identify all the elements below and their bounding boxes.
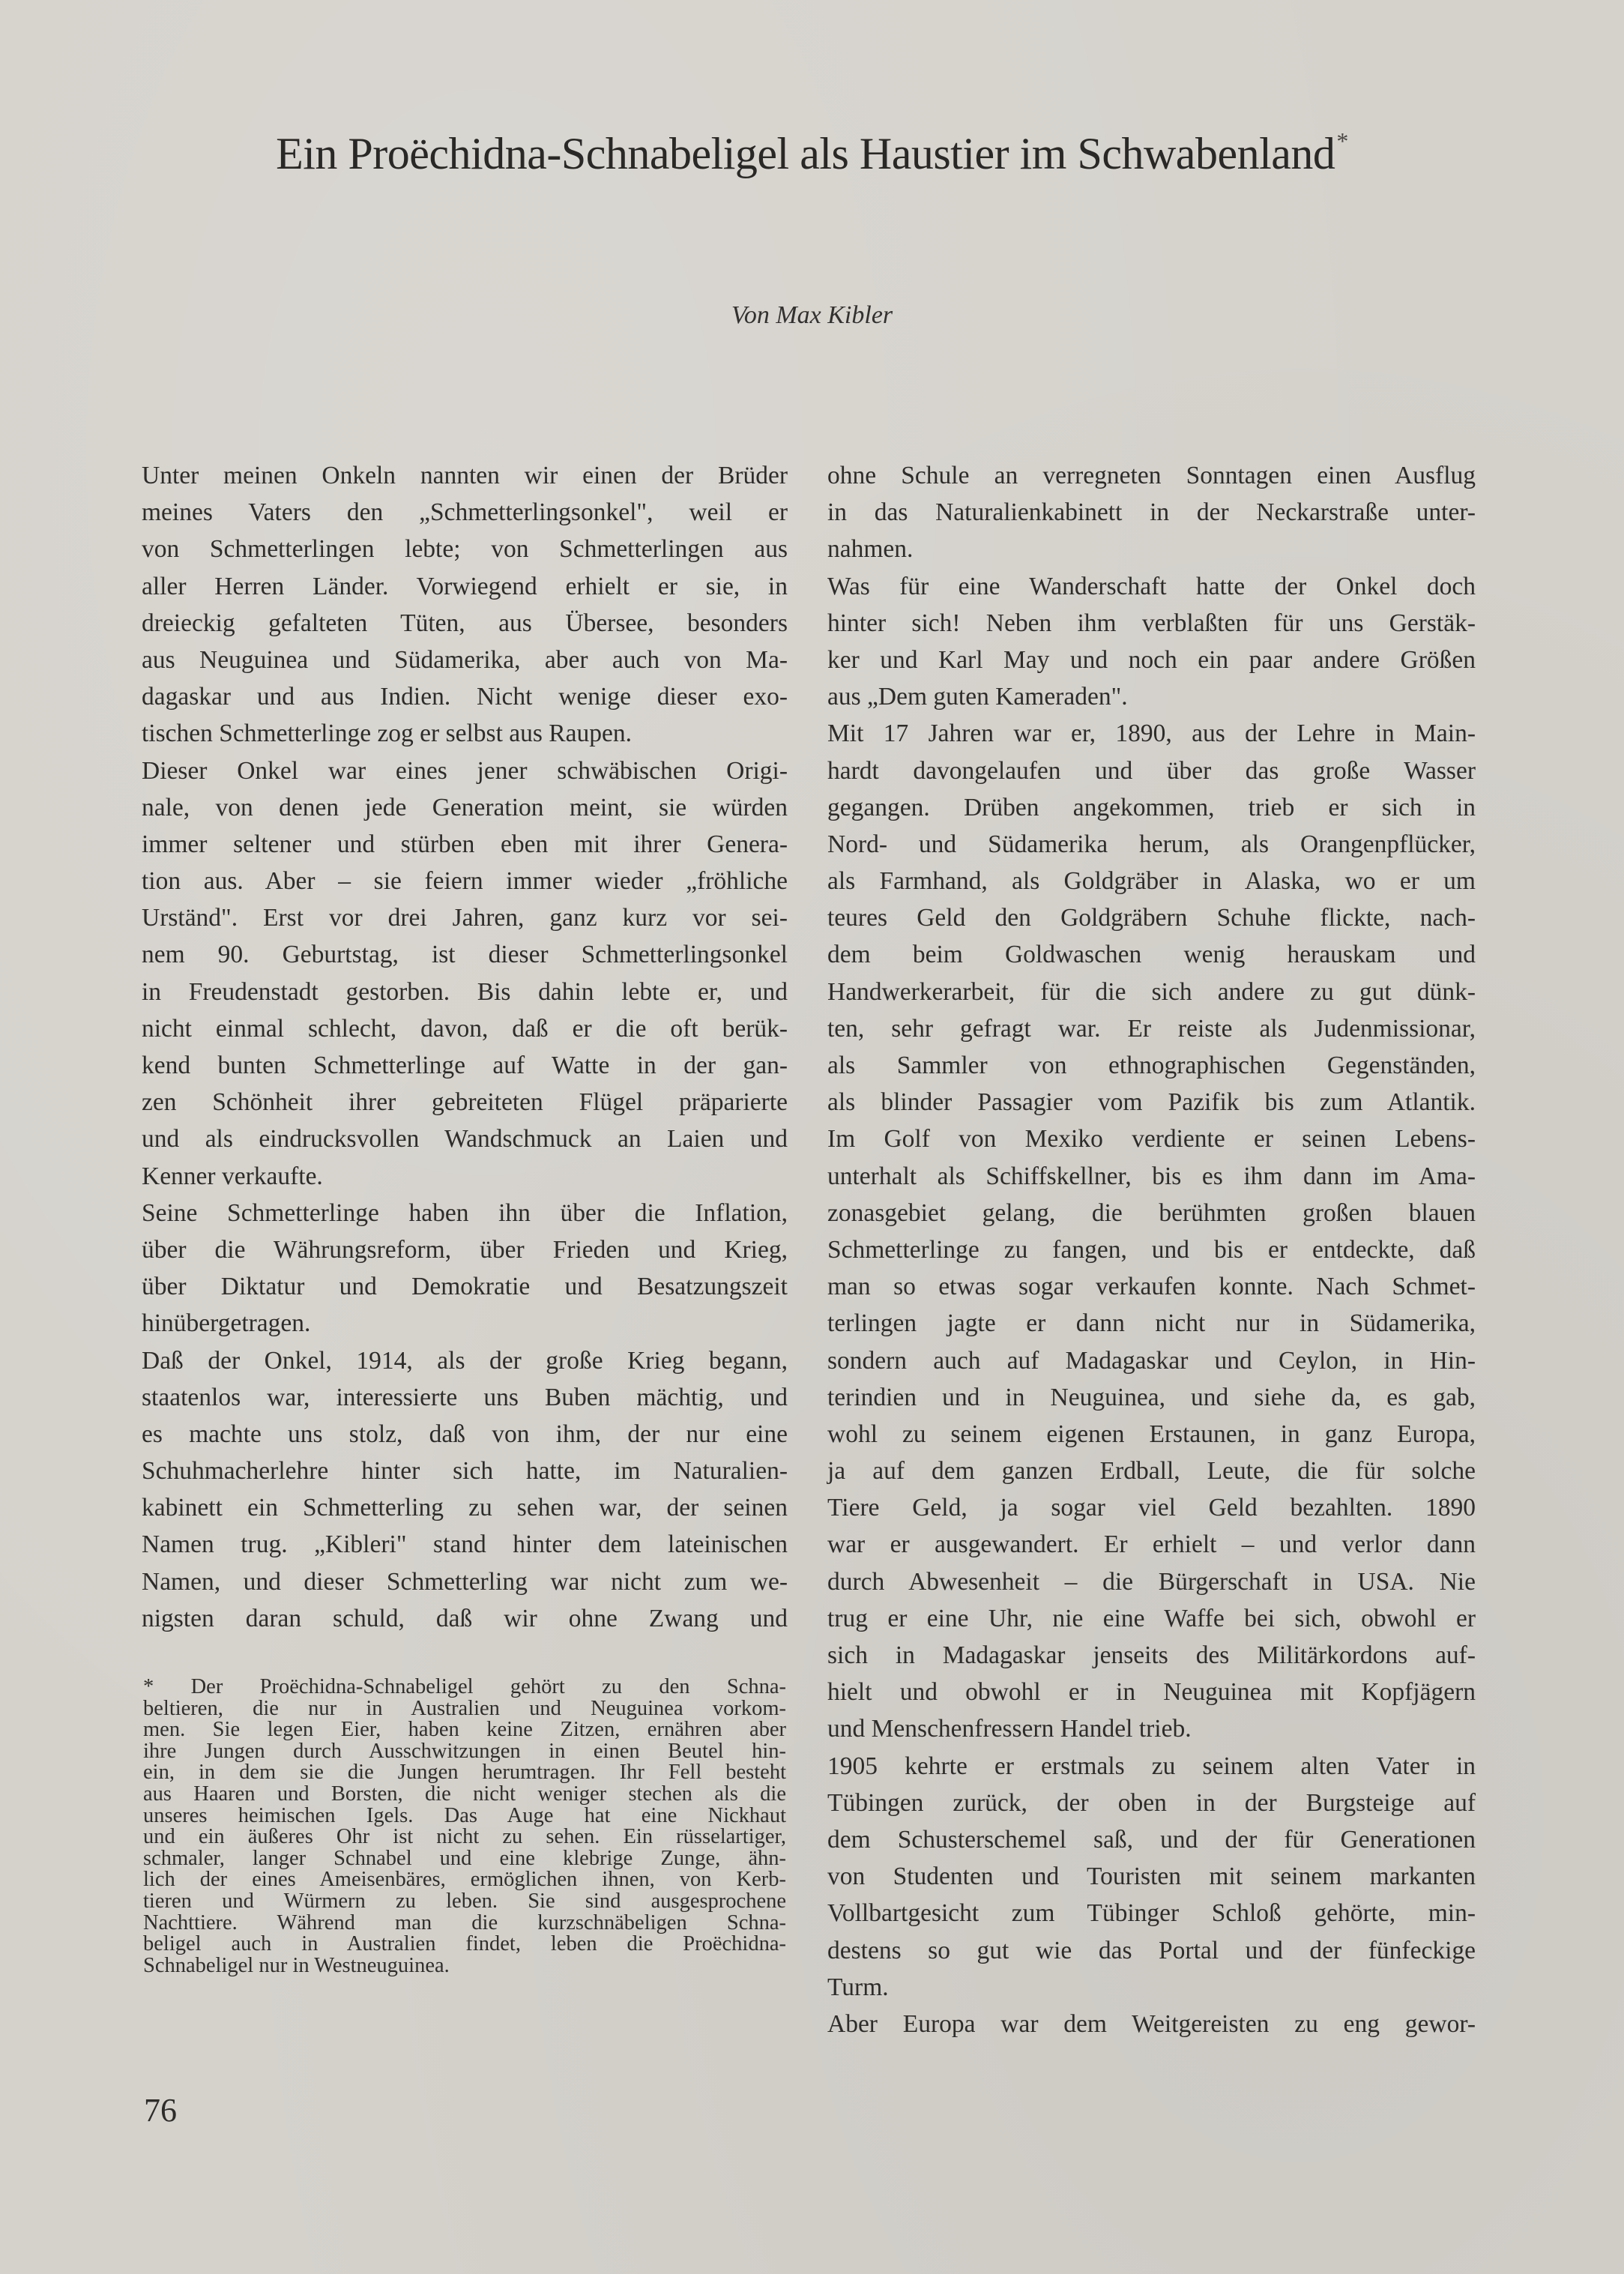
text-line: Tiere Geld, ja sogar viel Geld bezahlten… bbox=[827, 1489, 1476, 1526]
text-line: nicht einmal schlecht, davon, daß er die… bbox=[142, 1010, 788, 1047]
text-line: nahmen. bbox=[827, 531, 1476, 567]
text-line: terindien und in Neuguinea, und siehe da… bbox=[827, 1379, 1476, 1416]
text-line: hardt davongelaufen und über das große W… bbox=[827, 753, 1476, 789]
text-line: dem Schusterschemel saß, und der für Gen… bbox=[827, 1821, 1476, 1858]
text-line: sondern auch auf Madagaskar und Ceylon, … bbox=[827, 1342, 1476, 1379]
text-line: als blinder Passagier vom Pazifik bis zu… bbox=[827, 1084, 1476, 1121]
text-line: teures Geld den Goldgräbern Schuhe flick… bbox=[827, 899, 1476, 936]
text-line: ohne Schule an verregneten Sonntagen ein… bbox=[827, 457, 1476, 494]
article-title: Ein Proëchidna-Schnabeligel als Haustier… bbox=[0, 127, 1624, 180]
text-line: Vollbartgesicht zum Tübinger Schloß gehö… bbox=[827, 1895, 1476, 1931]
footnote-line: Schnabeligel nur in Westneuguinea. bbox=[143, 1955, 786, 1977]
footnote-line: tieren und Würmern zu leben. Sie sind au… bbox=[143, 1891, 786, 1913]
text-line: Urständ". Erst vor drei Jahren, ganz kur… bbox=[142, 899, 788, 936]
text-line: ten, sehr gefragt war. Er reiste als Jud… bbox=[827, 1010, 1476, 1047]
footnote-line: * Der Proëchidna-Schnabeligel gehört zu … bbox=[143, 1677, 786, 1698]
text-line: destens so gut wie das Portal und der fü… bbox=[827, 1932, 1476, 1969]
text-line: terlingen jagte er dann nicht nur in Süd… bbox=[827, 1305, 1476, 1342]
footnote-line: schmaler, langer Schnabel und eine klebr… bbox=[143, 1848, 786, 1870]
text-line: 1905 kehrte er erstmals zu seinem alten … bbox=[827, 1748, 1476, 1785]
text-line: Unter meinen Onkeln nannten wir einen de… bbox=[142, 457, 788, 494]
right-column: ohne Schule an verregneten Sonntagen ein… bbox=[827, 457, 1476, 2042]
left-column: Unter meinen Onkeln nannten wir einen de… bbox=[142, 457, 788, 1637]
text-line: gegangen. Drüben angekommen, trieb er si… bbox=[827, 789, 1476, 826]
text-line: Namen trug. „Kibleri" stand hinter dem l… bbox=[142, 1526, 788, 1563]
footnote-line: ein, in dem sie die Jungen herumtragen. … bbox=[143, 1762, 786, 1784]
text-line: als Sammler von ethnographischen Gegenst… bbox=[827, 1047, 1476, 1084]
footnote-line: men. Sie legen Eier, haben keine Zitzen,… bbox=[143, 1719, 786, 1741]
text-line: kend bunten Schmetterlinge auf Watte in … bbox=[142, 1047, 788, 1084]
text-line: Schuhmacherlehre hinter sich hatte, im N… bbox=[142, 1453, 788, 1489]
text-line: Handwerkerarbeit, für die sich andere zu… bbox=[827, 974, 1476, 1010]
text-line: von Studenten und Touristen mit seinem m… bbox=[827, 1858, 1476, 1895]
text-line: Was für eine Wanderschaft hatte der Onke… bbox=[827, 568, 1476, 605]
text-line: und Menschenfressern Handel trieb. bbox=[827, 1710, 1476, 1747]
text-line: Namen, und dieser Schmetterling war nich… bbox=[142, 1563, 788, 1600]
text-line: ja auf dem ganzen Erdball, Leute, die fü… bbox=[827, 1453, 1476, 1489]
footnote-line: Nachttiere. Während man die kurzschnäbel… bbox=[143, 1913, 786, 1934]
text-line: zonasgebiet gelang, die berühmten großen… bbox=[827, 1195, 1476, 1231]
footnote-line: unseres heimischen Igels. Das Auge hat e… bbox=[143, 1806, 786, 1827]
text-line: Daß der Onkel, 1914, als der große Krieg… bbox=[142, 1342, 788, 1379]
text-line: von Schmetterlingen lebte; von Schmetter… bbox=[142, 531, 788, 567]
footnote-line: beligel auch in Australien findet, leben… bbox=[143, 1934, 786, 1955]
text-line: man so etwas sogar verkaufen konnte. Nac… bbox=[827, 1268, 1476, 1305]
text-line: war er ausgewandert. Er erhielt – und ve… bbox=[827, 1526, 1476, 1563]
text-line: über Diktatur und Demokratie und Besatzu… bbox=[142, 1268, 788, 1305]
text-line: aus Neuguinea und Südamerika, aber auch … bbox=[142, 642, 788, 678]
footnote-line: beltieren, die nur in Australien und Neu… bbox=[143, 1698, 786, 1720]
text-line: kabinett ein Schmetterling zu sehen war,… bbox=[142, 1489, 788, 1526]
text-line: in das Naturalienkabinett in der Neckars… bbox=[827, 494, 1476, 531]
text-line: Mit 17 Jahren war er, 1890, aus der Lehr… bbox=[827, 715, 1476, 752]
text-line: immer seltener und stürben eben mit ihre… bbox=[142, 826, 788, 863]
text-line: Nord- und Südamerika herum, als Orangenp… bbox=[827, 826, 1476, 863]
author-byline: Von Max Kibler bbox=[0, 301, 1624, 330]
text-line: Turm. bbox=[827, 1969, 1476, 2006]
text-line: tion aus. Aber – sie feiern immer wieder… bbox=[142, 863, 788, 899]
text-line: staatenlos war, interessierte uns Buben … bbox=[142, 1379, 788, 1416]
text-line: aller Herren Länder. Vorwiegend erhielt … bbox=[142, 568, 788, 605]
page-number: 76 bbox=[144, 2091, 177, 2129]
text-line: dagaskar und aus Indien. Nicht wenige di… bbox=[142, 678, 788, 715]
article-title-text: Ein Proëchidna-Schnabeligel als Haustier… bbox=[276, 129, 1335, 178]
text-line: Schmetterlinge zu fangen, und bis er ent… bbox=[827, 1231, 1476, 1268]
text-line: Kenner verkaufte. bbox=[142, 1158, 788, 1195]
text-line: dreieckig gefalteten Tüten, aus Übersee,… bbox=[142, 605, 788, 642]
text-line: über die Währungsreform, über Frieden un… bbox=[142, 1231, 788, 1268]
footnote-line: aus Haaren und Borsten, die nicht wenige… bbox=[143, 1784, 786, 1806]
text-line: aus „Dem guten Kameraden". bbox=[827, 678, 1476, 715]
text-line: und als eindrucksvollen Wandschmuck an L… bbox=[142, 1121, 788, 1157]
text-line: Aber Europa war dem Weitgereisten zu eng… bbox=[827, 2006, 1476, 2042]
text-line: sich in Madagaskar jenseits des Militärk… bbox=[827, 1637, 1476, 1674]
text-line: nem 90. Geburtstag, ist dieser Schmetter… bbox=[142, 936, 788, 973]
text-line: hinter sich! Neben ihm verblaßten für un… bbox=[827, 605, 1476, 642]
text-line: in Freudenstadt gestorben. Bis dahin leb… bbox=[142, 974, 788, 1010]
text-line: tischen Schmetterlinge zog er selbst aus… bbox=[142, 715, 788, 752]
text-line: nale, von denen jede Generation meint, s… bbox=[142, 789, 788, 826]
footnote: * Der Proëchidna-Schnabeligel gehört zu … bbox=[143, 1677, 786, 1976]
footnote-line: lich der eines Ameisenbäres, ermöglichen… bbox=[143, 1869, 786, 1891]
text-line: Im Golf von Mexiko verdiente er seinen L… bbox=[827, 1121, 1476, 1157]
text-line: hielt und obwohl er in Neuguinea mit Kop… bbox=[827, 1674, 1476, 1710]
footnote-line: und ein äußeres Ohr ist nicht zu sehen. … bbox=[143, 1827, 786, 1848]
text-line: durch Abwesenheit – die Bürgerschaft in … bbox=[827, 1563, 1476, 1600]
footnote-line: ihre Jungen durch Ausschwitzungen in ein… bbox=[143, 1741, 786, 1763]
text-line: nigsten daran schuld, daß wir ohne Zwang… bbox=[142, 1600, 788, 1637]
title-footnote-marker: * bbox=[1336, 127, 1348, 154]
text-line: dem beim Goldwaschen wenig herauskam und bbox=[827, 936, 1476, 973]
text-line: meines Vaters den „Schmetterlingsonkel",… bbox=[142, 494, 788, 531]
text-line: zen Schönheit ihrer gebreiteten Flügel p… bbox=[142, 1084, 788, 1121]
text-line: Seine Schmetterlinge haben ihn über die … bbox=[142, 1195, 788, 1231]
text-line: ker und Karl May und noch ein paar ander… bbox=[827, 642, 1476, 678]
text-line: wohl zu seinem eigenen Erstaunen, in gan… bbox=[827, 1416, 1476, 1453]
text-line: trug er eine Uhr, nie eine Waffe bei sic… bbox=[827, 1600, 1476, 1637]
text-line: Tübingen zurück, der oben in der Burgste… bbox=[827, 1785, 1476, 1821]
text-line: Dieser Onkel war eines jener schwäbische… bbox=[142, 753, 788, 789]
text-line: unterhalt als Schiffskellner, bis es ihm… bbox=[827, 1158, 1476, 1195]
text-line: es machte uns stolz, daß von ihm, der nu… bbox=[142, 1416, 788, 1453]
text-line: hinübergetragen. bbox=[142, 1305, 788, 1342]
text-line: als Farmhand, als Goldgräber in Alaska, … bbox=[827, 863, 1476, 899]
